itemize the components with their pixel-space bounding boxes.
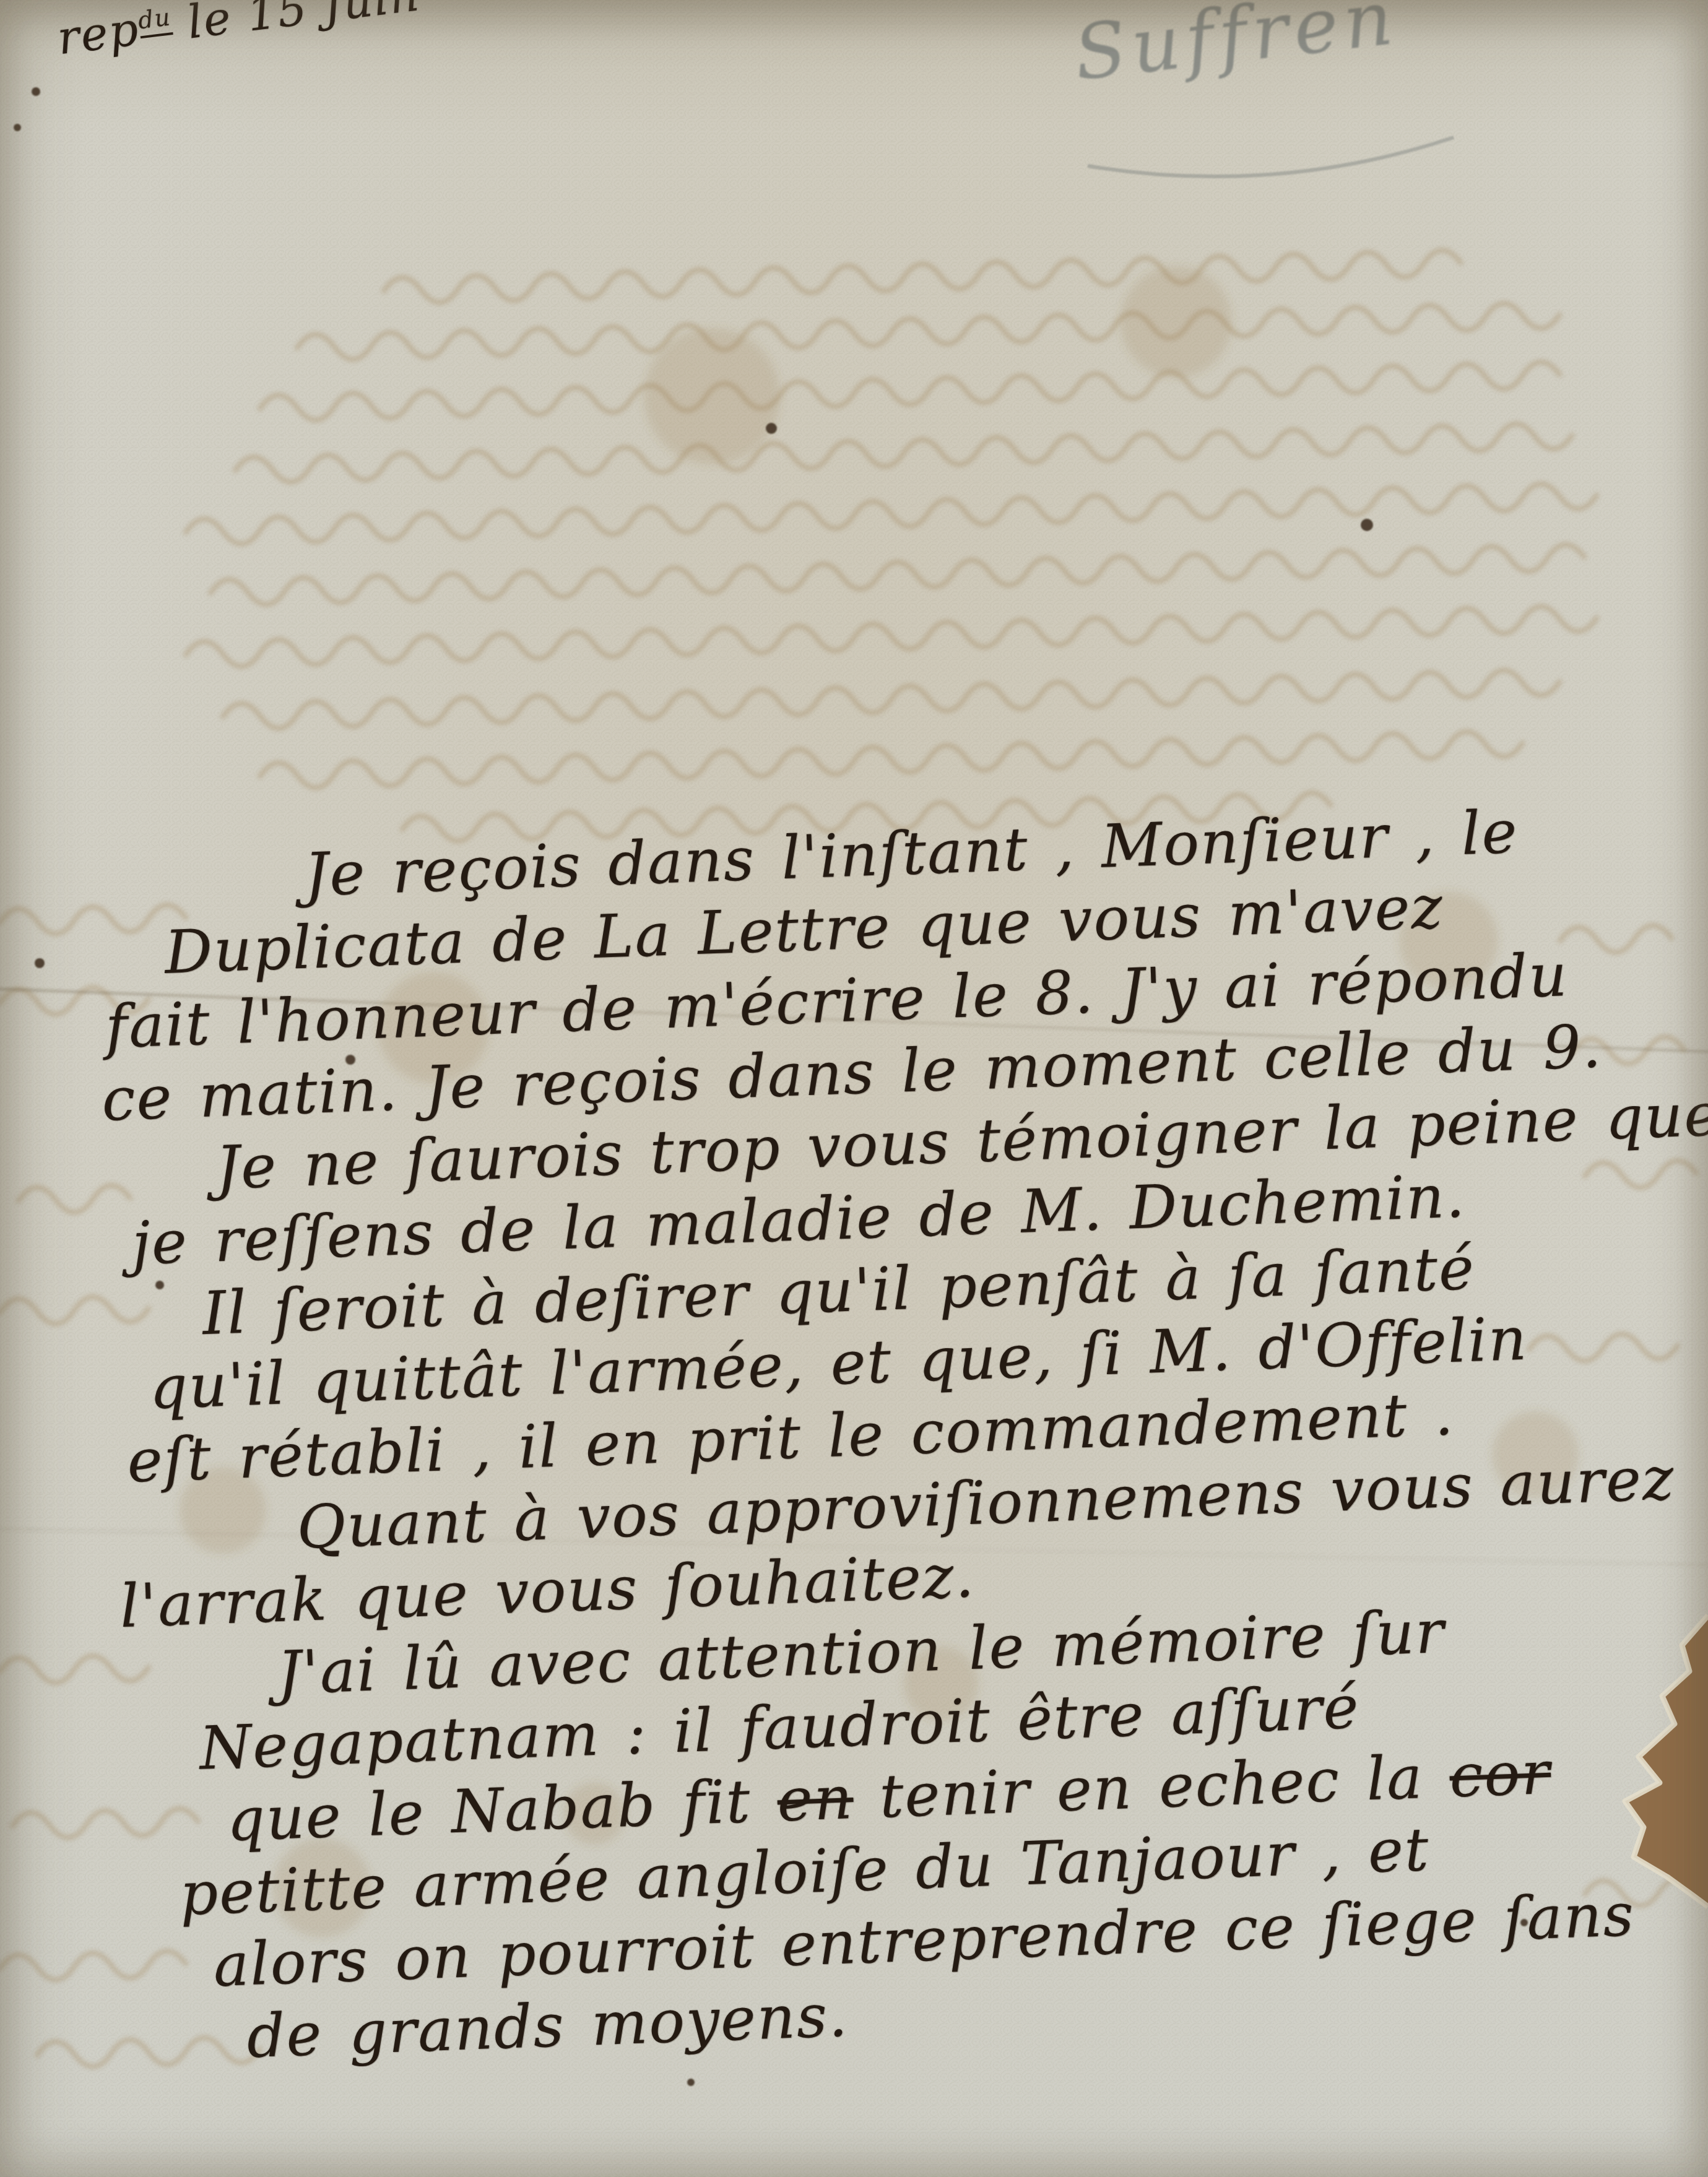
letter-page: repdu le 15 Juin Suffren Je reçois dans …	[0, 0, 1708, 2177]
struck-word: en	[776, 1763, 855, 1835]
annotation-reply-superscript: du	[137, 3, 173, 38]
letter-body: Je reçois dans l'inſtant , Monſieur , le…	[93, 789, 1708, 2077]
annotation-reply-rest: le 15 Juin	[169, 0, 423, 51]
pencil-underline	[1088, 137, 1454, 176]
annotation-reply-prefix: rep	[54, 2, 142, 66]
annotation-pencil-suffren: Suffren	[1070, 0, 1402, 97]
annotation-reply-date: repdu le 15 Juin	[54, 0, 423, 65]
struck-word: cor	[1449, 1738, 1552, 1811]
